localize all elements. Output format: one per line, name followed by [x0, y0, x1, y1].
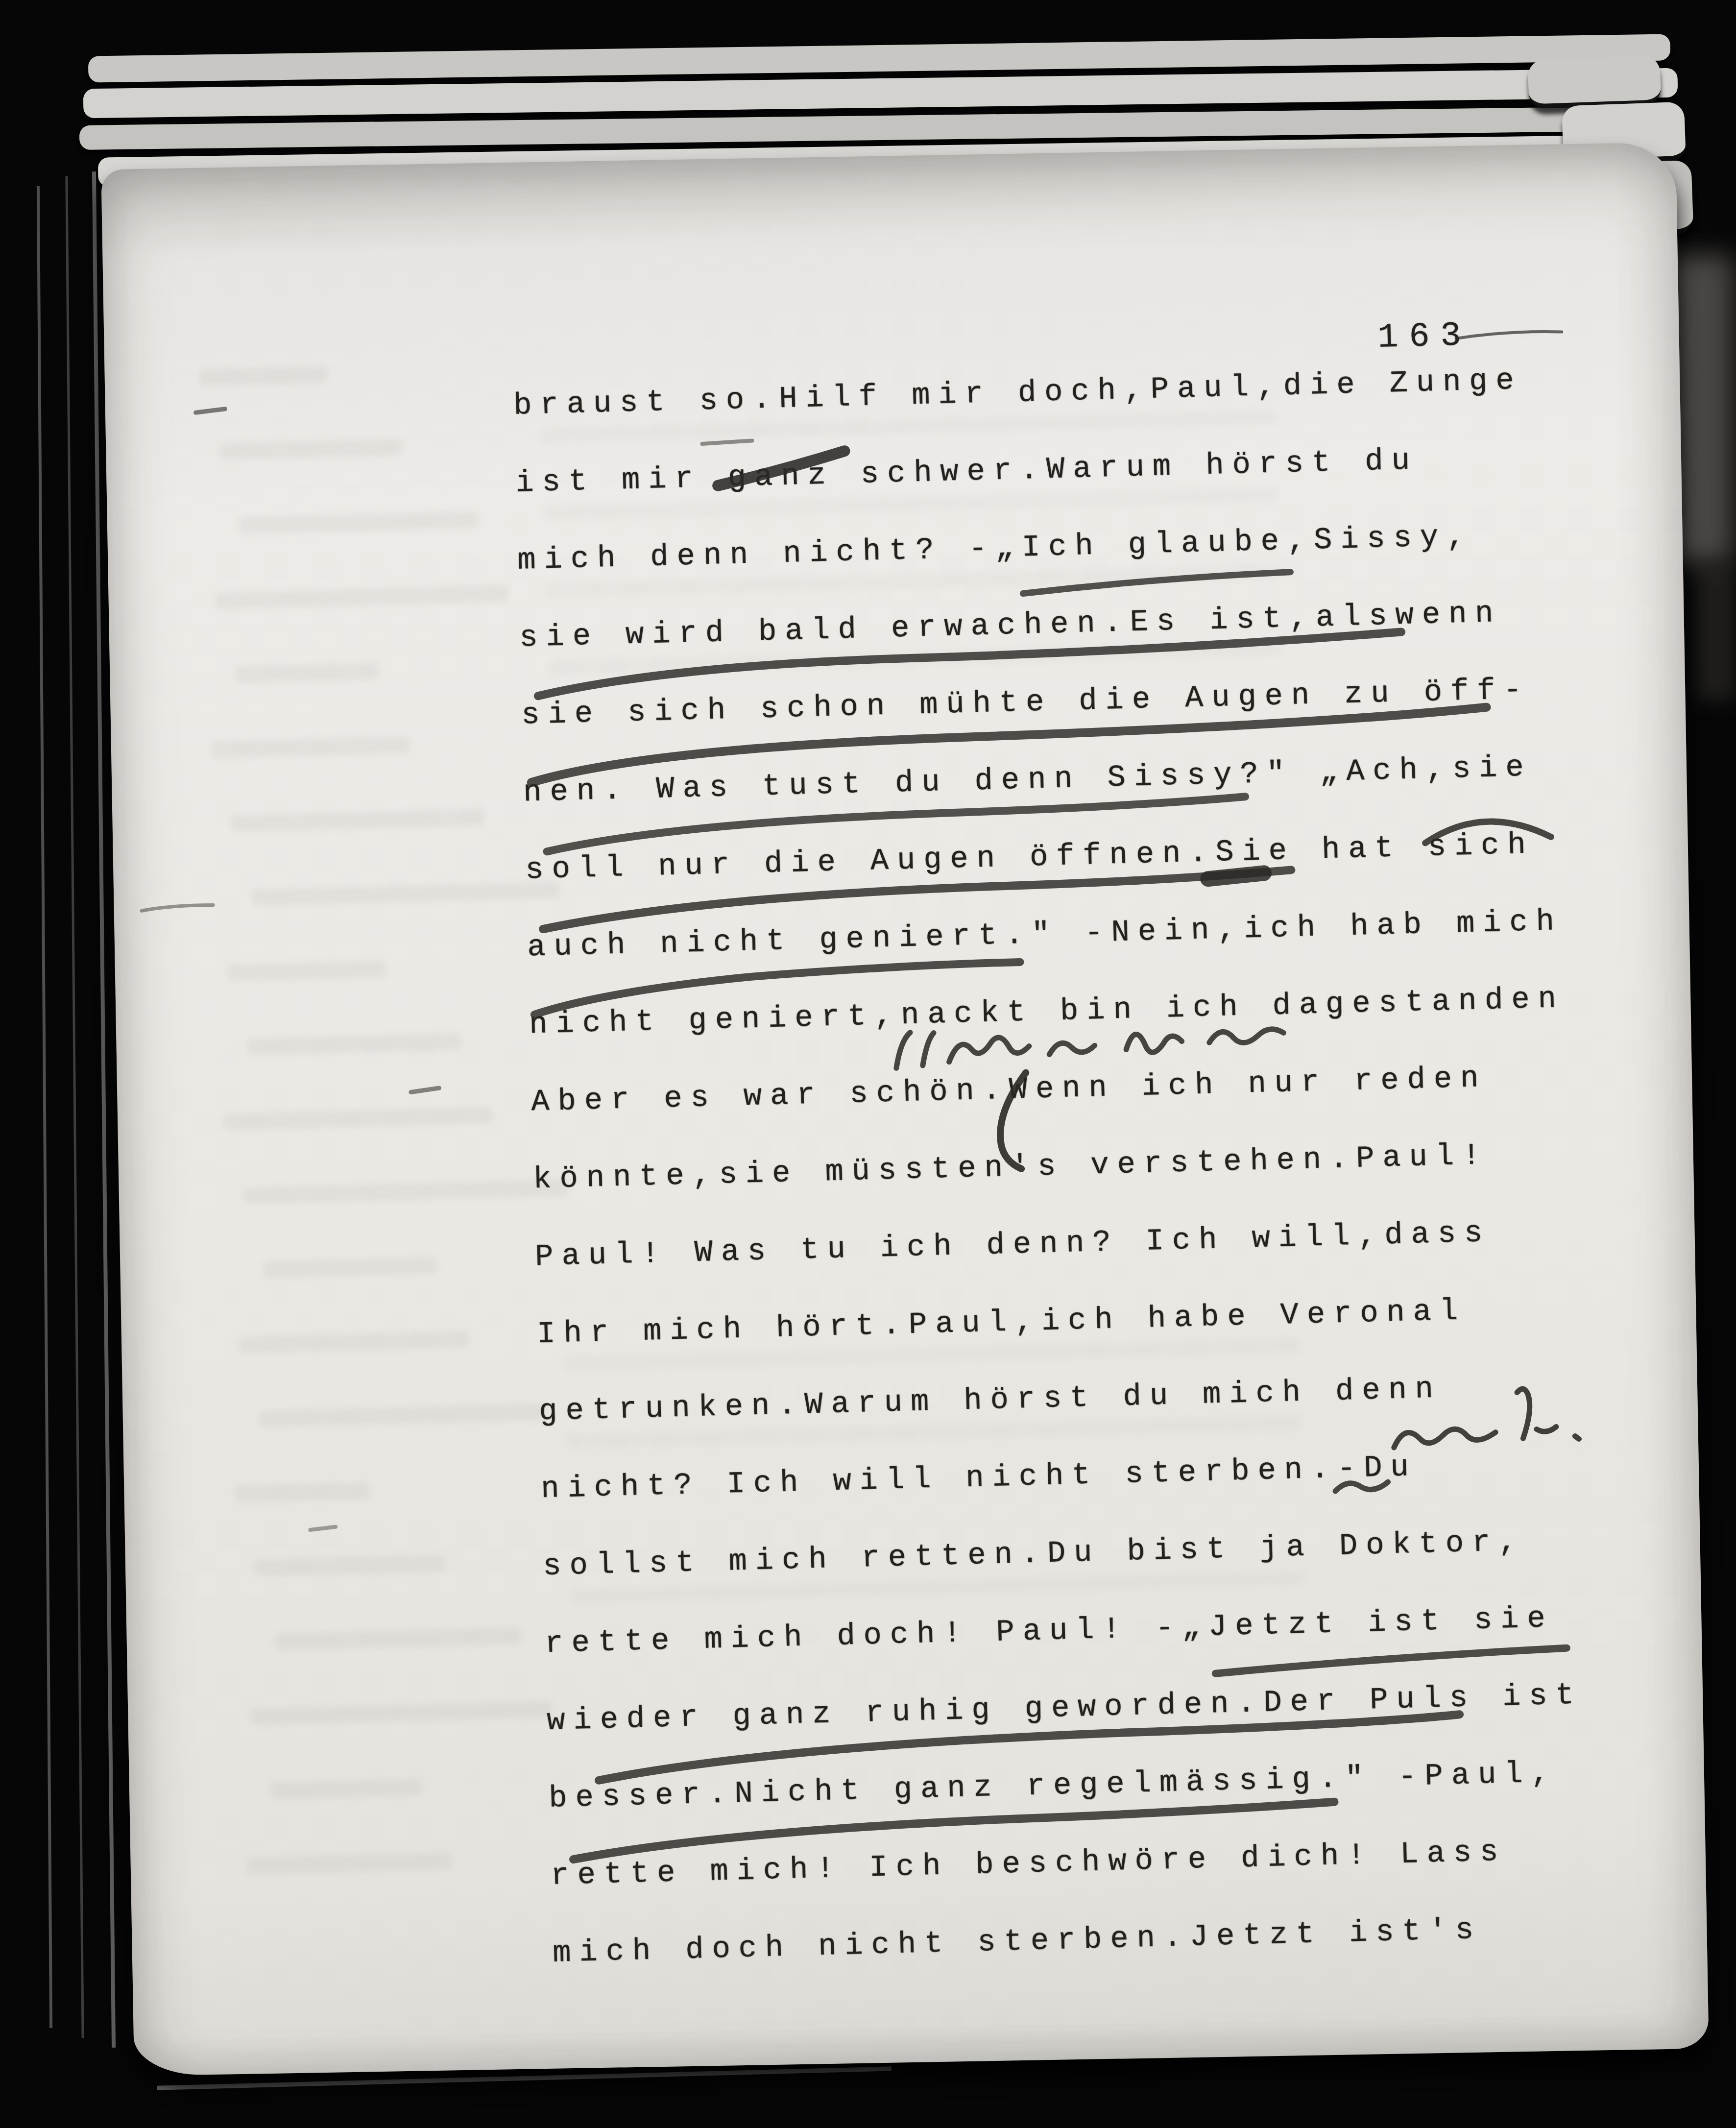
page-content: 163 braust so.Hilf mir doch,Paul,die Zun…: [94, 136, 1716, 2082]
underline-stroke: [542, 870, 1292, 929]
underline-stroke: [537, 632, 1402, 696]
manuscript-page: 163 braust so.Hilf mir doch,Paul,die Zun…: [101, 142, 1709, 2076]
handwriting-overlay: [94, 136, 1716, 2082]
arc-mark: [1425, 820, 1551, 843]
underline-stroke: [1023, 572, 1291, 594]
handwritten-note: [1393, 1387, 1579, 1448]
underline-stroke: [573, 1802, 1335, 1859]
underline-stroke: [546, 797, 1246, 851]
stack-edge-smudge: [1696, 563, 1735, 701]
insertion-paren: [999, 1073, 1028, 1169]
underline-stroke: [598, 1715, 1461, 1781]
underline-stroke: [702, 440, 752, 444]
margin-dash: [129, 404, 450, 1533]
scanned-document: 163 braust so.Hilf mir doch,Paul,die Zun…: [0, 0, 1736, 2128]
underline-stroke: [1215, 1648, 1567, 1673]
wavy-dash: [1335, 1482, 1388, 1491]
underline-stroke: [533, 962, 1021, 1015]
underline-stroke: [530, 707, 1488, 782]
handwritten-insertion: [895, 1023, 1284, 1068]
stack-left-edge: [37, 186, 52, 2028]
page-number-dash: [1456, 331, 1562, 339]
stack-left-edge: [65, 176, 84, 2038]
underline-blob: [1208, 873, 1264, 879]
strikethrough-stroke: [717, 451, 845, 486]
stack-sheet-corner: [1527, 55, 1661, 109]
